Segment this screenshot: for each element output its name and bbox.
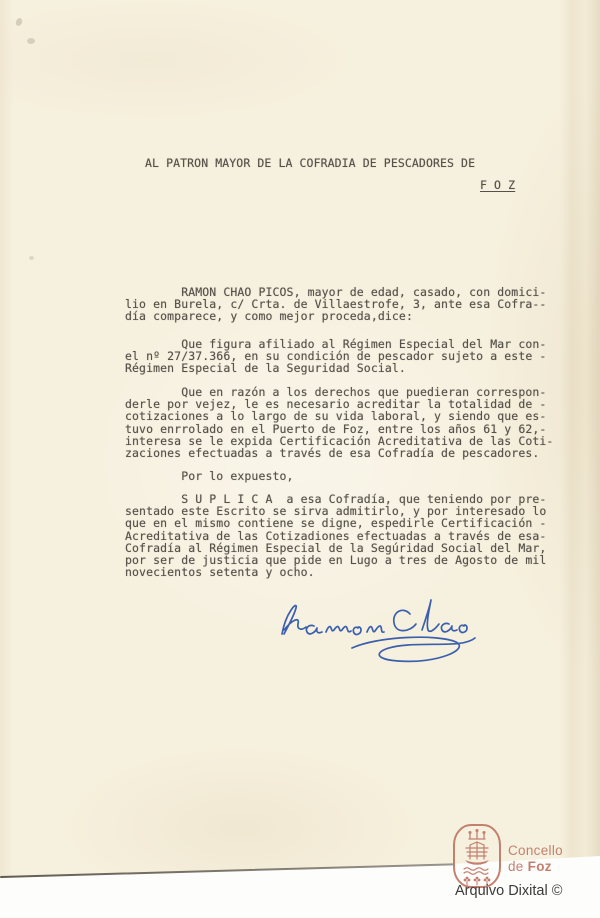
archive-credit-label: Arquivo Dixital © [455,883,562,899]
signature-stroke-ramon [282,606,384,635]
signature-stroke-chao [394,600,467,632]
watermark-org-de: de [508,859,528,874]
paragraph-affiliation: Que figura afiliado al Régimen Especial … [125,338,546,375]
paragraph-introduction: RAMON CHAO PICOS, mayor de edad, casado,… [125,286,546,323]
paper-speck [29,256,34,260]
addressee-place-underlined: F O Z [480,179,515,191]
waves-icon [464,868,488,875]
watermark-org-foz: Foz [528,859,552,874]
handwritten-signature [268,586,488,681]
paragraph-suplica: S U P L I C A a esa Cofradía, que tenien… [125,493,546,578]
paragraph-por-lo-expuesto: Por lo expuesto, [125,470,294,482]
addressee-heading: AL PATRON MAYOR DE LA COFRADIA DE PESCAD… [145,157,475,169]
concello-de-foz-crest-icon [452,823,502,889]
watermark-org-name-line2: de Foz [508,859,552,874]
ship-icon [465,842,489,865]
paper-speck [27,38,35,44]
paper-sheet: AL PATRON MAYOR DE LA COFRADIA DE PESCAD… [0,0,600,918]
paper-speck [15,17,24,27]
scanned-document-page: { "doc": { "header_line": "AL PATRON MAY… [0,0,600,918]
crown-icon [469,830,485,839]
signature-flourish [352,637,475,661]
paragraph-justification: Que en razón a los derechos que puediera… [125,386,553,459]
watermark-org-name-line1: Concello [508,843,563,858]
